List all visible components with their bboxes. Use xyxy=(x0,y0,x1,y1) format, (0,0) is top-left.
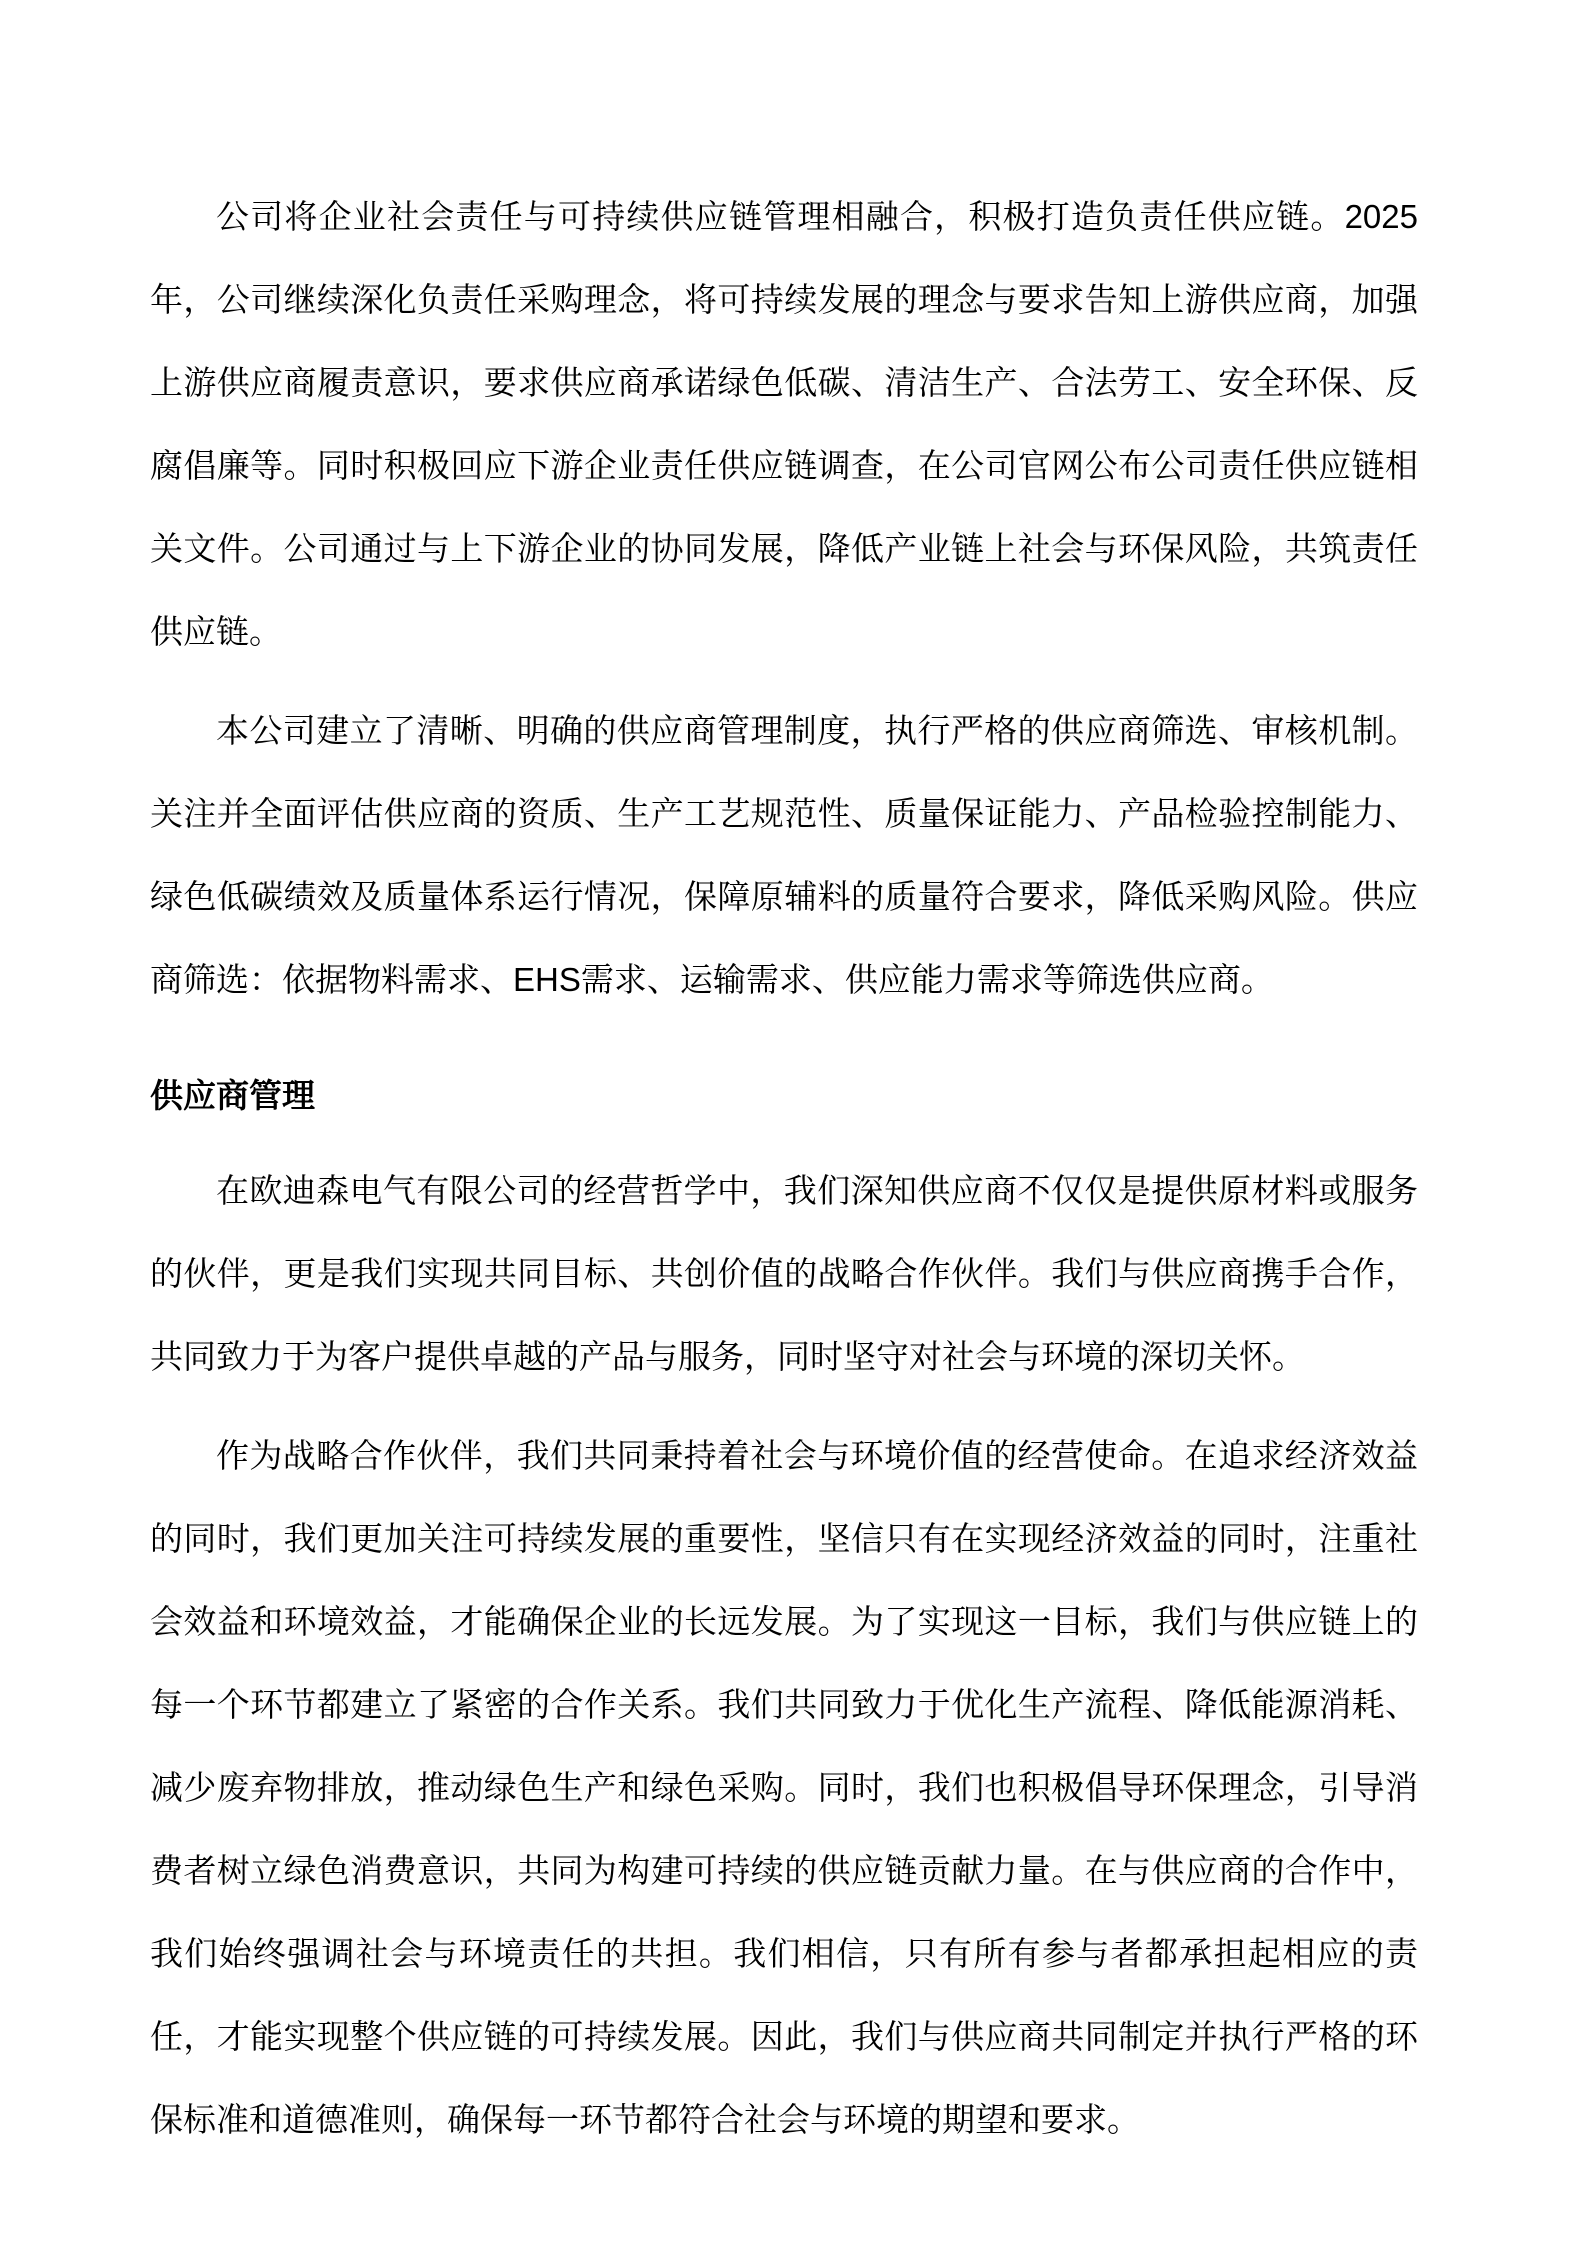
body-paragraph-2: 本公司建立了清晰、明确的供应商管理制度，执行严格的供应商筛选、审核机制。关注并全… xyxy=(150,689,1418,1021)
body-paragraph-1: 公司将企业社会责任与可持续供应链管理相融合，积极打造负责任供应链。2025年，公… xyxy=(150,175,1418,673)
body-paragraph-4: 作为战略合作伙伴，我们共同秉持着社会与环境价值的经营使命。在追求经济效益的同时，… xyxy=(150,1414,1418,2161)
section-heading: 供应商管理 xyxy=(150,1054,1418,1137)
document-page: 公司将企业社会责任与可持续供应链管理相融合，积极打造负责任供应链。2025年，公… xyxy=(0,0,1587,2245)
body-paragraph-3: 在欧迪森电气有限公司的经营哲学中，我们深知供应商不仅仅是提供原材料或服务的伙伴，… xyxy=(150,1149,1418,1398)
